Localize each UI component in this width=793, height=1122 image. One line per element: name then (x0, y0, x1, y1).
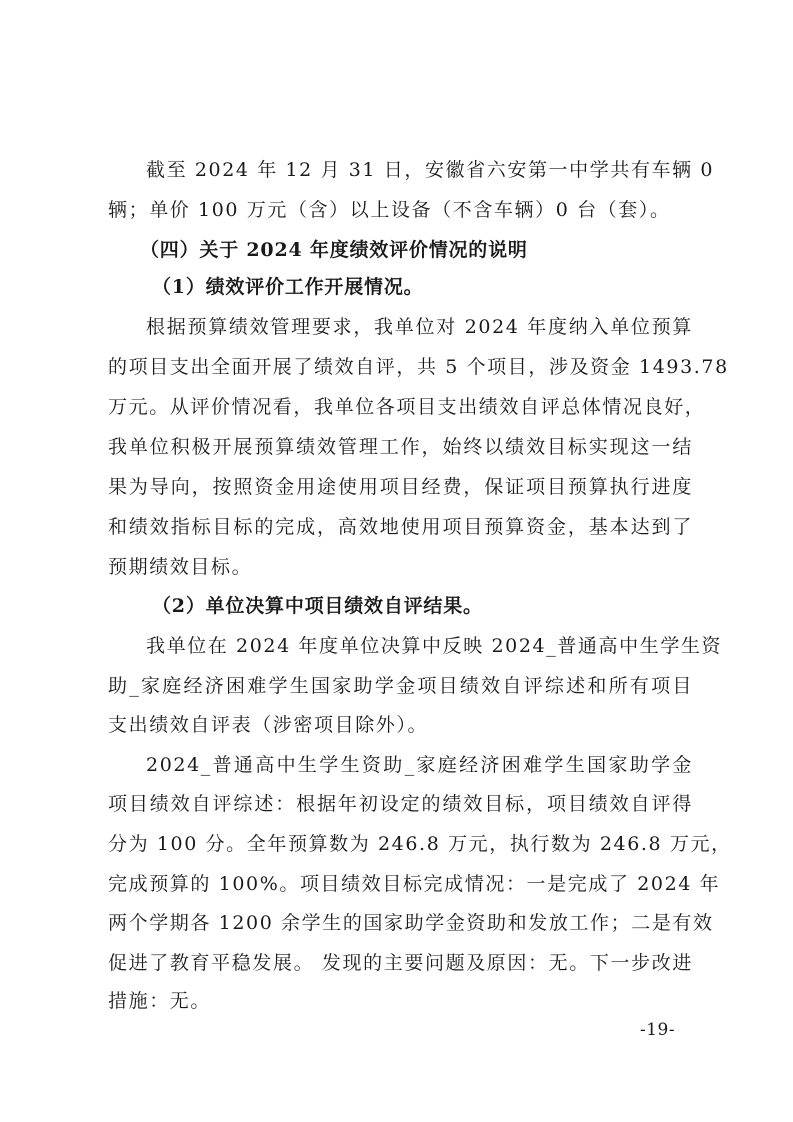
paragraph-line: 我单位在 2024 年度单位决算中反映 2024_普通高中生学生资 (146, 633, 693, 659)
paragraph-line: 助_家庭经济困难学生国家助学金项目绩效自评综述和所有项目 (108, 673, 693, 699)
paragraph-line: 两个学期各 1200 余学生的国家助学金资助和发放工作；二是有效 (108, 910, 693, 936)
section-heading: （四）关于 2024 年度绩效评价情况的说明 (140, 237, 725, 263)
paragraph-line: 措施：无。 (108, 988, 693, 1014)
page-number: -19- (640, 1020, 675, 1040)
paragraph-line: 的项目支出全面开展了绩效自评，共 5 个项目，涉及资金 1493.78 (108, 354, 693, 380)
paragraph-line: 支出绩效自评表（涉密项目除外）。 (108, 712, 693, 738)
paragraph-line: 项目绩效自评综述：根据年初设定的绩效目标，项目绩效自评得 (108, 791, 693, 817)
document-page: 截至 2024 年 12 月 31 日，安徽省六安第一中学共有车辆 0 辆；单价… (0, 0, 793, 1122)
paragraph-line: 根据预算绩效管理要求，我单位对 2024 年度纳入单位预算 (146, 314, 693, 340)
paragraph-line: 辆；单价 100 万元（含）以上设备（不含车辆）0 台（套）。 (108, 197, 693, 223)
subsection-heading: （2）单位决算中项目绩效自评结果。 (152, 593, 737, 619)
paragraph-line: 果为导向，按照资金用途使用项目经费，保证项目预算执行进度 (108, 474, 693, 500)
paragraph-line: 2024_普通高中生学生资助_家庭经济困难学生国家助学金 (146, 752, 693, 778)
subsection-heading: （1）绩效评价工作开展情况。 (152, 274, 737, 300)
paragraph-line: 截至 2024 年 12 月 31 日，安徽省六安第一中学共有车辆 0 (146, 157, 693, 183)
paragraph-line: 万元。从评价情况看，我单位各项目支出绩效自评总体情况良好， (108, 394, 693, 420)
paragraph-line: 分为 100 分。全年预算数为 246.8 万元，执行数为 246.8 万元， (108, 831, 693, 857)
paragraph-line: 促进了教育平稳发展。 发现的主要问题及原因：无。下一步改进 (108, 950, 693, 976)
paragraph-line: 完成预算的 100%。项目绩效目标完成情况：一是完成了 2024 年 (108, 871, 693, 897)
paragraph-line: 我单位积极开展预算绩效管理工作，始终以绩效目标实现这一结 (108, 434, 693, 460)
paragraph-line: 预期绩效目标。 (108, 554, 693, 580)
paragraph-line: 和绩效指标目标的完成，高效地使用项目预算资金，基本达到了 (108, 514, 693, 540)
